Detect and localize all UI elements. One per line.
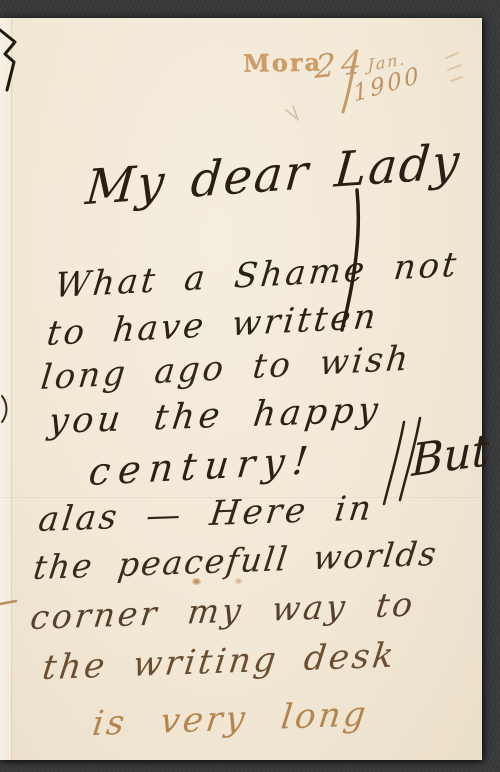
- foxing-spot: [192, 578, 201, 585]
- bleed-through-marks: [446, 53, 462, 81]
- vertical-fold-crease: [11, 18, 13, 760]
- faint-pencil-marks: [286, 106, 298, 120]
- line-text: alas — Here in: [36, 488, 376, 540]
- line-text: the writing desk: [40, 636, 398, 689]
- line-text: century!: [87, 438, 318, 494]
- letter-line-11: is very long: [92, 694, 369, 744]
- letter-line-5: you the happy: [48, 390, 382, 442]
- line-text: corner my way to: [28, 584, 417, 637]
- letter-page: Mora 24 Jan. 1900 My dear Lady What a Sh…: [0, 18, 482, 760]
- letterhead-brand: Mora: [243, 47, 322, 77]
- letter-line-10: the writing desk: [42, 636, 397, 688]
- letter-line-6b: But: [408, 425, 493, 486]
- line-text: But: [411, 425, 489, 488]
- flourish-slash-1: [384, 422, 404, 504]
- letter-line-2: What a Shame not: [54, 245, 460, 306]
- letter-line-6: century!: [88, 438, 317, 494]
- line-text: My dear Lady: [83, 133, 463, 216]
- line-text: you the happy: [46, 390, 384, 442]
- letter-line-9: corner my way to: [30, 585, 416, 637]
- line-text: is very long: [90, 694, 371, 744]
- letter-line-salutation: My dear Lady: [84, 134, 463, 216]
- foxing-spot: [235, 578, 242, 584]
- page-fold-sliver: [0, 18, 11, 760]
- line-text: What a Shame not: [53, 245, 461, 306]
